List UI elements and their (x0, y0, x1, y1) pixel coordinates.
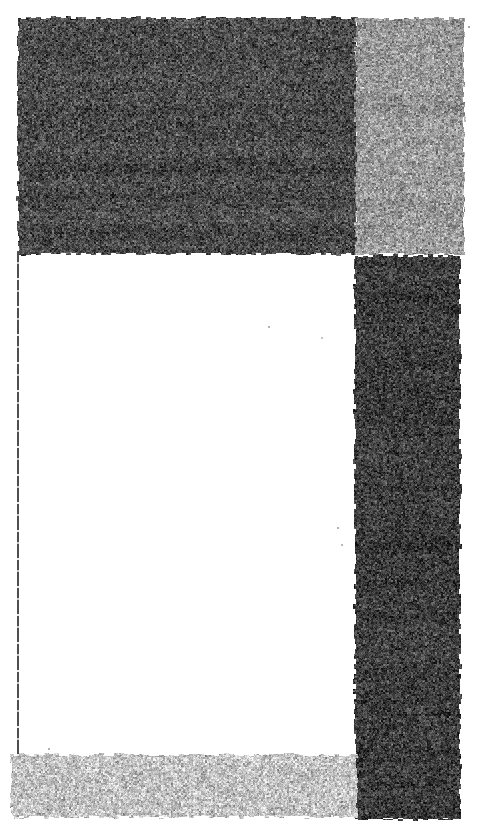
noise-speck (337, 527, 339, 529)
noise-speck (468, 26, 470, 28)
bottom-gray-bar (9, 753, 359, 819)
top-right-gray-block (354, 17, 466, 256)
scanned-figure (0, 0, 480, 836)
top-left-dark-block (16, 16, 359, 256)
noise-speck (321, 337, 323, 339)
noise-speck (48, 748, 50, 750)
noise-speck (268, 326, 270, 328)
right-dark-bar (353, 254, 462, 821)
noise-speck (341, 544, 343, 546)
left-border-line (17, 252, 19, 756)
